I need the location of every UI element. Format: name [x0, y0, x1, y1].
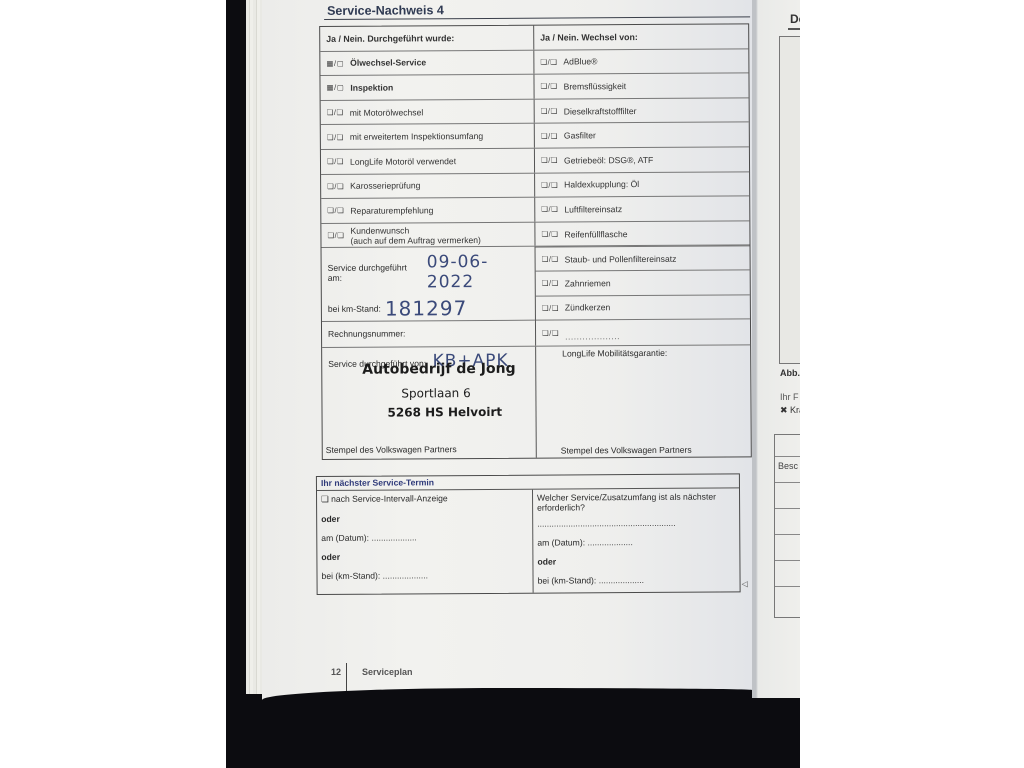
- item-label: Zahnriemen: [565, 278, 611, 288]
- item-label: AdBlue®: [563, 57, 597, 67]
- yes-no-checkbox[interactable]: ❏/❏: [541, 107, 558, 116]
- change-item-pollen-filter: ❏/❏ Staub- und Pollenfiltereinsatz: [536, 247, 750, 271]
- page-number: 12: [331, 667, 341, 677]
- service-date-value: 09-06-2022: [427, 252, 535, 293]
- table-header-row: Ja / Nein. Durchgeführt wurde: Ja / Nein…: [320, 24, 748, 51]
- change-item-haldex-oil: ❏/❏ Haldexkupplung: Öl: [535, 172, 749, 197]
- checklist-item-inspection: ▦/▢ Inspektion: [320, 75, 534, 100]
- change-item-spark-plugs: ❏/❏ Zündkerzen: [536, 295, 750, 320]
- next-km-field[interactable]: bei (km-Stand): ...................: [538, 574, 736, 585]
- next-service-left: ❏ nach Service-Intervall-Anzeige oder am…: [317, 490, 534, 594]
- table-row: ❏/❏ LongLife Motoröl verwendet ❏/❏ Getri…: [321, 147, 749, 174]
- item-label: Getriebeöl: DSG®, ATF: [564, 155, 653, 166]
- next-service-right: Welcher Service/Zusatzumfang ist als näc…: [533, 488, 740, 592]
- item-label: Karosserieprüfung: [350, 181, 420, 191]
- km-value: 181297: [385, 296, 468, 321]
- change-item-gas-filter: ❏/❏ Gasfilter: [535, 123, 749, 148]
- item-label: Inspektion: [350, 83, 393, 93]
- item-label: Dieselkraftstofffilter: [564, 106, 637, 116]
- yes-no-checkbox[interactable]: ❏/❏: [327, 108, 344, 117]
- service-checklist-table: Ja / Nein. Durchgeführt wurde: Ja / Nein…: [319, 23, 752, 459]
- change-item-gear-oil: ❏/❏ Getriebeöl: DSG®, ATF: [535, 147, 749, 172]
- item-label: mit erweitertem Inspektionsumfang: [350, 131, 483, 142]
- checklist-item-oil-service: ▦/▢ Ölwechsel-Service: [320, 50, 534, 75]
- right-page-fragment: De Abb. Ihr F ✖ Kra Besc: [752, 0, 800, 698]
- invoice-number-label: Rechnungsnummer:: [328, 329, 405, 339]
- table-row: ❏/❏ Zündkerzen: [536, 295, 750, 321]
- item-label-line1: Kundenwunsch: [350, 225, 409, 235]
- yes-no-checkbox[interactable]: ❏/❏: [540, 57, 557, 66]
- yes-no-checkbox[interactable]: ❏/❏: [541, 230, 558, 239]
- section-label: Serviceplan: [362, 667, 413, 677]
- next-service-body: ❏ nach Service-Intervall-Anzeige oder am…: [317, 488, 740, 594]
- or-label: oder: [537, 555, 735, 566]
- change-item-air-filter: ❏/❏ Luftfiltereinsatz: [535, 197, 749, 222]
- change-item-custom: ❏/❏ ...................: [536, 319, 750, 345]
- service-details-right: ❏/❏ Staub- und Pollenfiltereinsatz ❏/❏ Z…: [536, 246, 751, 346]
- item-label: Haldexkupplung: Öl: [564, 179, 639, 189]
- page-curl-shadow: [262, 688, 752, 708]
- checklist-item-body-check: ❏/❏ Karosserieprüfung: [321, 173, 535, 198]
- table-row: ❏/❏ Zahnriemen: [536, 270, 750, 296]
- yes-no-checkbox[interactable]: ❏/❏: [327, 206, 344, 215]
- yes-no-checkbox[interactable]: ❏/❏: [541, 82, 558, 91]
- or-label: oder: [321, 513, 528, 524]
- right-page-table-row: [775, 435, 800, 457]
- interval-display-option[interactable]: ❏ nach Service-Intervall-Anzeige: [321, 493, 528, 505]
- page-title: Service-Nachweis 4: [327, 3, 444, 18]
- stamp-caption-right: Stempel des Volkswagen Partners: [561, 444, 692, 455]
- item-label: LongLife Motoröl verwendet: [350, 156, 456, 167]
- dealer-stamp-company: Autobedrijf de Jong: [362, 361, 515, 378]
- yes-no-checkbox[interactable]: ❏/❏: [327, 182, 344, 191]
- service-details-left: Service durchgeführt am: 09-06-2022 bei …: [322, 247, 537, 347]
- longlife-mobility-label: LongLife Mobilitätsgarantie:: [562, 348, 667, 359]
- yes-no-checkbox[interactable]: ❏/❏: [327, 133, 344, 142]
- item-label: Reifenfüllflasche: [564, 229, 627, 239]
- table-row: ❏/❏ Kundenwunsch (auch auf dem Auftrag v…: [321, 221, 749, 248]
- next-service-scope-field[interactable]: ........................................…: [537, 517, 735, 528]
- item-label: Staub- und Pollenfiltereinsatz: [565, 253, 677, 264]
- yes-no-checkbox[interactable]: ❏/❏: [542, 279, 559, 288]
- right-page-table-row: [775, 535, 800, 561]
- invoice-number-field[interactable]: Rechnungsnummer:: [322, 321, 535, 346]
- right-page-text-line: ✖ Kra: [780, 405, 800, 416]
- background-right: [800, 0, 1024, 768]
- right-column-header: Ja / Nein. Wechsel von:: [534, 24, 748, 49]
- yes-no-checkbox[interactable]: ❏/❏: [542, 255, 559, 264]
- right-page-table-row: Besc: [775, 457, 800, 483]
- checklist-item-repair-recommendation: ❏/❏ Reparaturempfehlung: [321, 198, 535, 223]
- stamp-block: Service durchgeführt von: KB+APK Autobed…: [322, 344, 751, 459]
- triangle-marker-icon: ◁: [742, 579, 748, 588]
- right-page-table-row: [775, 483, 800, 509]
- km-label: bei km-Stand:: [328, 304, 381, 314]
- yes-no-checkbox[interactable]: ❏/❏: [327, 231, 344, 240]
- yes-no-checkbox[interactable]: ❏/❏: [541, 180, 558, 189]
- table-row: ❏/❏ Reparaturempfehlung ❏/❏ Luftfilterei…: [321, 197, 749, 224]
- custom-item-blank: ...................: [565, 332, 620, 342]
- km-field[interactable]: bei km-Stand: 181297: [322, 296, 535, 322]
- service-date-label: Service durchgeführt am:: [328, 262, 423, 283]
- next-date-field[interactable]: am (Datum): ...................: [321, 532, 528, 543]
- or-label: oder: [321, 551, 528, 562]
- right-page-table: Besc: [774, 434, 800, 618]
- longlife-stamp-area: LongLife Mobilitätsgarantie: Stempel des…: [536, 345, 751, 457]
- service-date-field[interactable]: Service durchgeführt am: 09-06-2022: [322, 247, 535, 297]
- next-km-field[interactable]: bei (km-Stand): ...................: [321, 570, 528, 581]
- right-page-table-row: [775, 561, 800, 587]
- next-service-appointment: Ihr nächster Service-Termin ❏ nach Servi…: [316, 473, 741, 595]
- table-row: ▦/▢ Inspektion ❏/❏ Bremsflüssigkeit: [320, 74, 748, 101]
- table-row: ❏/❏ mit erweitertem Inspektionsumfang ❏/…: [321, 123, 749, 150]
- dealer-stamp-city: 5268 HS Helvoirt: [387, 405, 502, 420]
- table-row: ❏/❏ Staub- und Pollenfiltereinsatz: [536, 246, 750, 272]
- right-page-title: De: [790, 12, 800, 26]
- item-label: Luftfiltereinsatz: [564, 204, 622, 214]
- footer-divider: [346, 663, 347, 693]
- dealer-stamp-street: Sportlaan 6: [401, 386, 470, 400]
- next-date-field[interactable]: am (Datum): ...................: [537, 536, 735, 547]
- next-service-question: Welcher Service/Zusatzumfang ist als näc…: [537, 491, 735, 512]
- item-label: Gasfilter: [564, 130, 596, 140]
- item-label-line2: (auch auf dem Auftrag vermerken): [350, 235, 480, 246]
- service-details-block: Service durchgeführt am: 09-06-2022 bei …: [322, 246, 751, 347]
- yes-no-checkbox[interactable]: ▦/▢: [327, 83, 345, 92]
- yes-no-checkbox[interactable]: ❏/❏: [541, 131, 558, 140]
- item-label: Zündkerzen: [565, 303, 610, 313]
- item-label: Kundenwunsch (auch auf dem Auftrag verme…: [350, 225, 481, 246]
- background-left: [0, 0, 226, 768]
- right-page-table-row: [775, 509, 800, 535]
- change-item-brake-fluid: ❏/❏ Bremsflüssigkeit: [534, 74, 748, 99]
- item-label: Reparaturempfehlung: [350, 205, 433, 216]
- yes-no-checkbox[interactable]: ❏/❏: [327, 157, 344, 166]
- checklist-item-extended-inspection: ❏/❏ mit erweitertem Inspektionsumfang: [321, 124, 535, 149]
- checklist-item-longlife-oil: ❏/❏ LongLife Motoröl verwendet: [321, 149, 535, 174]
- checklist-item-customer-request: ❏/❏ Kundenwunsch (auch auf dem Auftrag v…: [321, 222, 535, 247]
- table-row: ❏/❏ Karosserieprüfung ❏/❏ Haldexkupplung…: [321, 172, 749, 199]
- change-item-tyre-inflator: ❏/❏ Reifenfüllflasche: [535, 221, 749, 246]
- right-page-rule: [788, 28, 800, 30]
- right-page-text-line: Ihr F: [780, 392, 799, 402]
- right-page-figure: [779, 36, 800, 364]
- item-label: Bremsflüssigkeit: [564, 81, 627, 91]
- stamp-caption-left: Stempel des Volkswagen Partners: [326, 444, 457, 455]
- yes-no-checkbox[interactable]: ❏/❏: [541, 205, 558, 214]
- change-item-timing-belt: ❏/❏ Zahnriemen: [536, 270, 750, 295]
- item-label: Ölwechsel-Service: [350, 58, 426, 68]
- item-label: mit Motorölwechsel: [350, 107, 424, 117]
- checklist-item-oil-change: ❏/❏ mit Motorölwechsel: [321, 99, 535, 124]
- right-page-figure-caption: Abb.: [780, 368, 800, 378]
- table-row: ▦/▢ Ölwechsel-Service ❏/❏ AdBlue®: [320, 49, 748, 76]
- table-row: ❏/❏ mit Motorölwechsel ❏/❏ Dieselkraftst…: [321, 98, 749, 125]
- left-column-header: Ja / Nein. Durchgeführt wurde:: [320, 26, 534, 51]
- yes-no-checkbox[interactable]: ❏/❏: [541, 156, 558, 165]
- table-row: ❏/❏ ...................: [536, 319, 750, 345]
- dealer-stamp-area: Service durchgeführt von: KB+APK Autobed…: [322, 346, 537, 458]
- yes-no-checkbox[interactable]: ❏/❏: [542, 328, 559, 337]
- change-item-adblue: ❏/❏ AdBlue®: [534, 49, 748, 74]
- yes-no-checkbox[interactable]: ▦/▢: [326, 59, 344, 68]
- change-item-diesel-filter: ❏/❏ Dieselkraftstofffilter: [535, 98, 749, 123]
- yes-no-checkbox[interactable]: ❏/❏: [542, 303, 559, 312]
